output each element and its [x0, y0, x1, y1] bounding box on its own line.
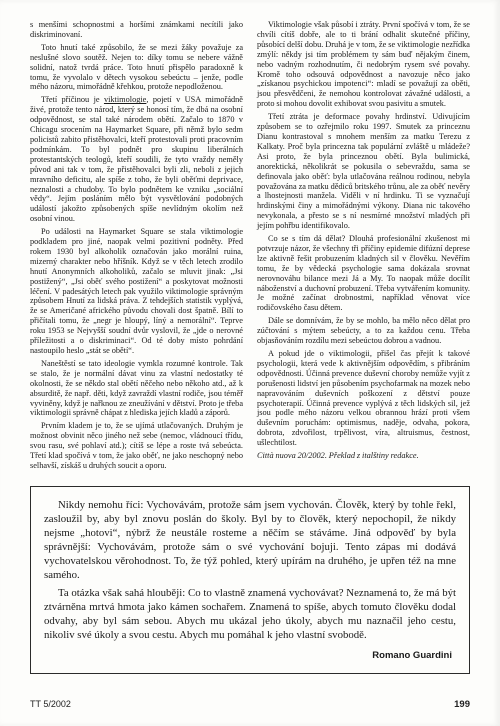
page-footer: TT 5/2002 199 [30, 699, 470, 710]
page-content: s menšími schopnostmi a horšími známkami… [0, 0, 500, 674]
quote-box: Nikdy nemohu říci: Vychovávám, protože s… [30, 486, 470, 674]
paragraph: Třetí ztráta je deformace povahy hrdinst… [257, 112, 470, 231]
paragraph: Po události na Haymarket Square se stala… [30, 227, 243, 356]
quote-paragraph: Nikdy nemohu říci: Vychovávám, protože s… [44, 498, 456, 582]
paragraph: Co se s tím dá dělat? Dlouhá profesionál… [257, 234, 470, 313]
paragraph: Toto hnutí také způsobilo, že se mezi žá… [30, 43, 243, 93]
paragraph: Prvním kladem je to, že se ujímá utlačov… [30, 421, 243, 471]
paragraph: A pokud jde o viktimologii, přišel čas p… [257, 349, 470, 448]
right-column: Viktimologie však působí i ztráty. První… [257, 20, 470, 474]
paragraph: Viktimologie však působí i ztráty. První… [257, 20, 470, 109]
paragraph: Naneštěstí se tato ideologie vymkla rozu… [30, 359, 243, 418]
page-number: 199 [454, 699, 470, 710]
underlined-term: viktimologie [104, 95, 146, 104]
paragraph: Třetí příčinou je viktimologie, pojetí v… [30, 95, 243, 224]
article-columns: s menšími schopnostmi a horšími známkami… [30, 20, 470, 474]
source-note: Città nuova 20/2002. Překlad z italštiny… [257, 451, 470, 461]
quote-paragraph: Ta otázka však sahá hlouběji: Co to vlas… [44, 586, 456, 642]
paragraph-text: , pojetí v USA mimořádně živé, protože t… [30, 95, 243, 223]
paragraph: Dále se domnívám, že by se mohlo, ba měl… [257, 316, 470, 346]
quote-attribution: Romano Guardini [44, 649, 452, 663]
magazine-page: s menšími schopnostmi a horšími známkami… [0, 0, 500, 726]
paragraph: s menšími schopnostmi a horšími známkami… [30, 20, 243, 40]
paragraph-text: Třetí příčinou je [41, 95, 104, 104]
left-column: s menšími schopnostmi a horšími známkami… [30, 20, 243, 474]
journal-issue-label: TT 5/2002 [30, 699, 71, 709]
